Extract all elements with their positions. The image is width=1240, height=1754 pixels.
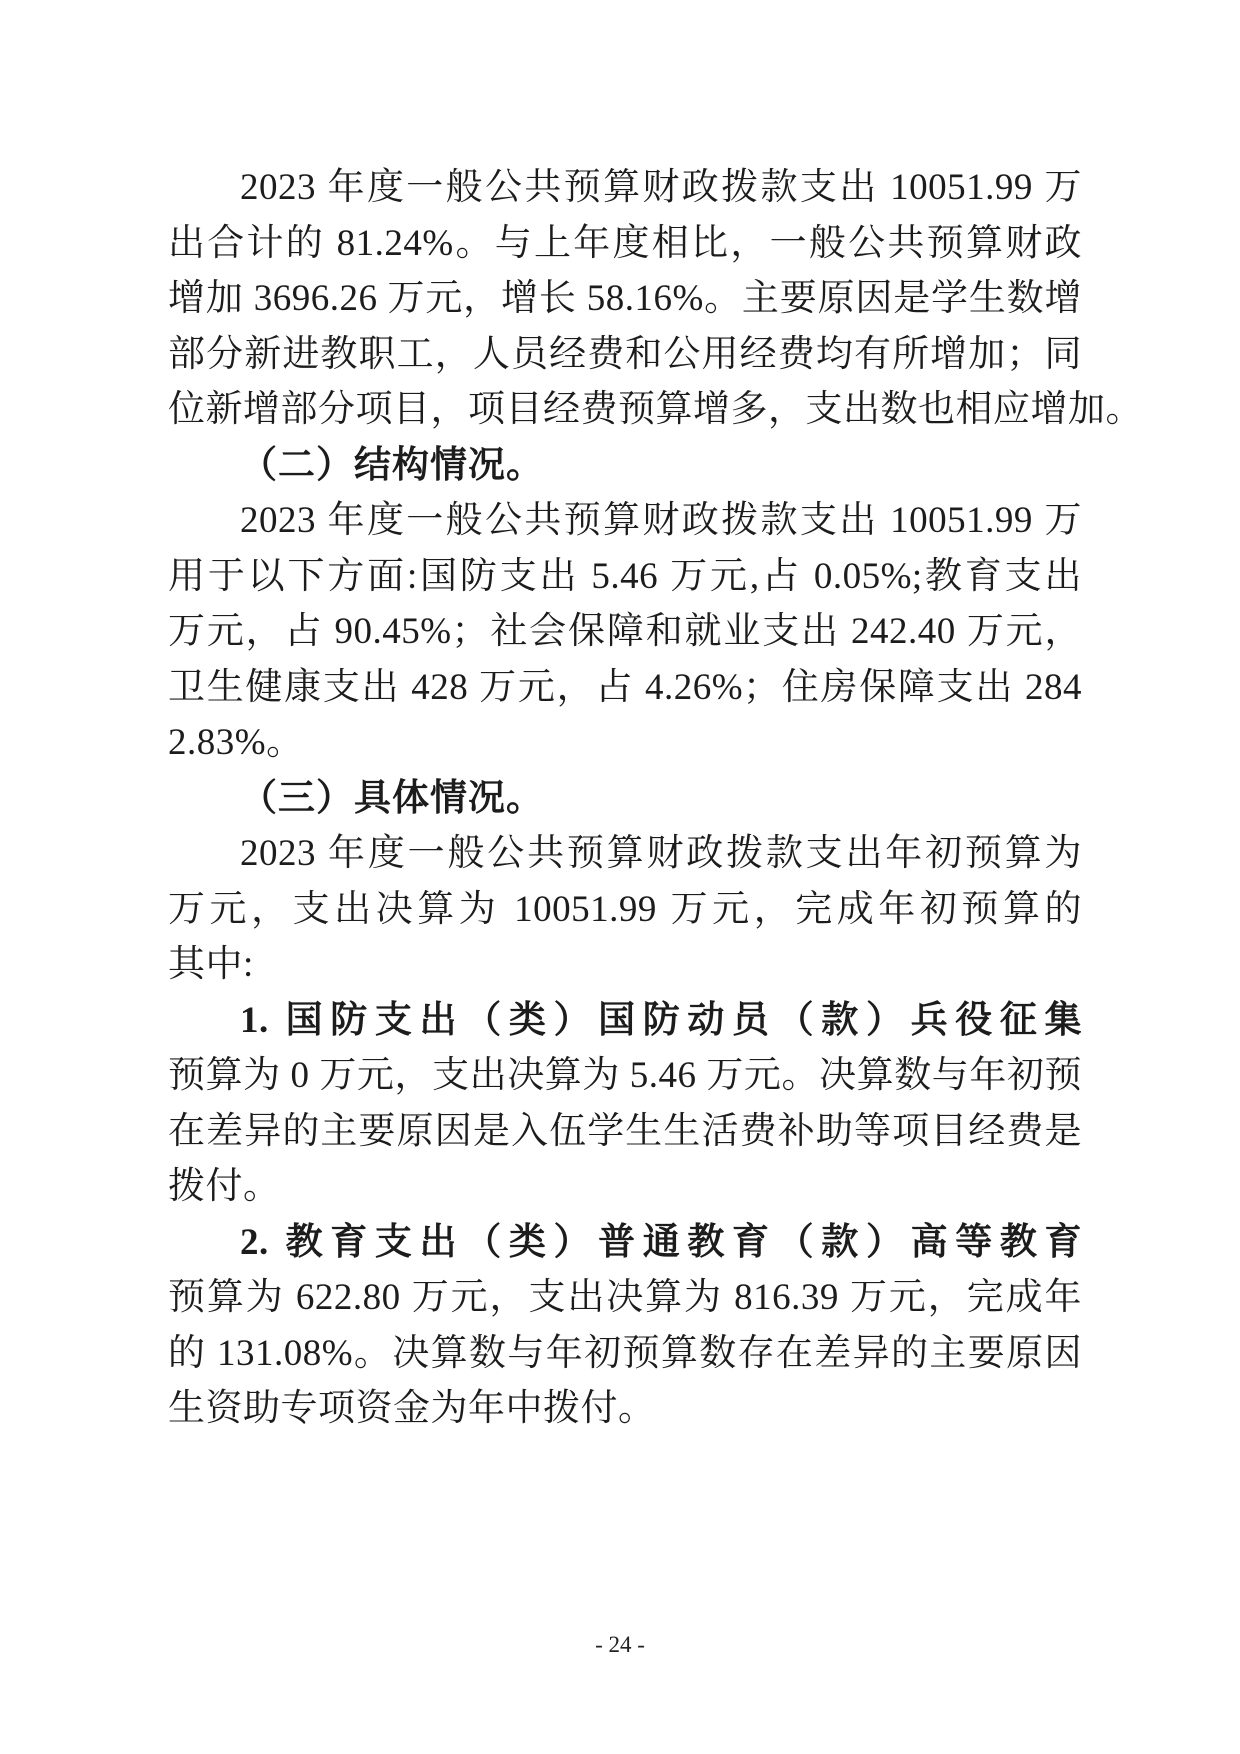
text-run: 2023 年度一般公共预算财政拨款支出 10051.99 万元，占支 (168, 167, 1082, 216)
text-line: 2023 年度一般公共预算财政拨款支出 10051.99 万元，主要 (168, 493, 1082, 549)
text-line: 其中: (168, 937, 1082, 993)
text-run: 在差异的主要原因是入伍学生生活费补助等项目经费是在年中 (168, 1111, 1082, 1160)
text-run: 2023 年度一般公共预算财政拨款支出年初预算为 8521.60 (168, 833, 1082, 882)
text-run: 卫生健康支出 428 万元，占 4.26%；住房保障支出 284 万元，占 (168, 667, 1082, 716)
text-line: 万元，占 90.45%；社会保障和就业支出 242.40 万元，占 2.41%; (168, 604, 1082, 660)
text-run: 预算为 622.80 万元，支出决算为 816.39 万元，完成年初预算 (168, 1277, 1082, 1326)
text-line: 用于以下方面:国防支出 5.46 万元,占 0.05%;教育支出 9092.12 (168, 549, 1082, 605)
text-run: 用于以下方面:国防支出 5.46 万元,占 0.05%;教育支出 9092.12 (168, 556, 1082, 605)
text-run: 2023 年度一般公共预算财政拨款支出 10051.99 万元，主要 (168, 500, 1082, 549)
document-page: 2023 年度一般公共预算财政拨款支出 10051.99 万元，占支出合计的 8… (0, 0, 1240, 1754)
text-line: 万元，支出决算为 10051.99 万元，完成年初预算的 117.96%。 (168, 882, 1082, 938)
document-body: 2023 年度一般公共预算财政拨款支出 10051.99 万元，占支出合计的 8… (168, 160, 1082, 1437)
text-line: 1. 国防支出（类）国防动员（款）兵役征集（项）。年初 (168, 993, 1082, 1049)
text-line: 2. 教育支出（类）普通教育（款）高等教育（项）。年初 (168, 1215, 1082, 1271)
text-run: 2.83%。 (168, 722, 304, 763)
text-line: 出合计的 81.24%。与上年度相比，一般公共预算财政拨款支出 (168, 216, 1082, 272)
text-run: 预算为 0 万元，支出决算为 5.46 万元。决算数与年初预算数存 (168, 1055, 1082, 1104)
text-run: 增加 3696.26 万元，增长 58.16%。主要原因是学生数增加，有 (168, 278, 1082, 327)
text-run: 生资助专项资金为年中拨付。 (168, 1388, 656, 1429)
text-line: 2023 年度一般公共预算财政拨款支出年初预算为 8521.60 (168, 826, 1082, 882)
text-run: 万元，占 90.45%；社会保障和就业支出 242.40 万元，占 2.41%; (168, 611, 1082, 660)
text-run: 部分新进教职工，人员经费和公用经费均有所增加；同时我单 (168, 334, 1082, 383)
text-line: 位新增部分项目，项目经费预算增多，支出数也相应增加。 (168, 382, 1082, 438)
text-line: 拨付。 (168, 1159, 1082, 1215)
text-run: 万元，支出决算为 10051.99 万元，完成年初预算的 117.96%。 (168, 889, 1082, 938)
bold-text-run: （三）具体情况。 (240, 778, 544, 819)
bold-text-run: 1. 国防支出（类）国防动员（款）兵役征集（项）。 (168, 1000, 1082, 1049)
text-line: 2.83%。 (168, 715, 1082, 771)
text-run: 的 131.08%。决算数与年初预算数存在差异的主要原因是部分学 (168, 1333, 1082, 1382)
page-number: - 24 - (0, 1630, 1240, 1660)
text-line: 的 131.08%。决算数与年初预算数存在差异的主要原因是部分学 (168, 1326, 1082, 1382)
text-line: 预算为 0 万元，支出决算为 5.46 万元。决算数与年初预算数存 (168, 1048, 1082, 1104)
bold-text-run: 2. 教育支出（类）普通教育（款）高等教育（项）。 (168, 1222, 1082, 1271)
text-run: 其中: (168, 944, 254, 985)
text-line: 部分新进教职工，人员经费和公用经费均有所增加；同时我单 (168, 327, 1082, 383)
text-line: 增加 3696.26 万元，增长 58.16%。主要原因是学生数增加，有 (168, 271, 1082, 327)
bold-text-run: （二）结构情况。 (240, 445, 544, 486)
text-run: 位新增部分项目，项目经费预算增多，支出数也相应增加。 (168, 389, 1143, 430)
text-line: 在差异的主要原因是入伍学生生活费补助等项目经费是在年中 (168, 1104, 1082, 1160)
text-run: 拨付。 (168, 1166, 281, 1207)
text-line: 生资助专项资金为年中拨付。 (168, 1381, 1082, 1437)
text-line: 预算为 622.80 万元，支出决算为 816.39 万元，完成年初预算 (168, 1270, 1082, 1326)
text-line: 卫生健康支出 428 万元，占 4.26%；住房保障支出 284 万元，占 (168, 660, 1082, 716)
section-heading: （三）具体情况。 (168, 771, 1082, 827)
section-heading: （二）结构情况。 (168, 438, 1082, 494)
text-run: 出合计的 81.24%。与上年度相比，一般公共预算财政拨款支出 (168, 223, 1082, 272)
text-line: 2023 年度一般公共预算财政拨款支出 10051.99 万元，占支 (168, 160, 1082, 216)
